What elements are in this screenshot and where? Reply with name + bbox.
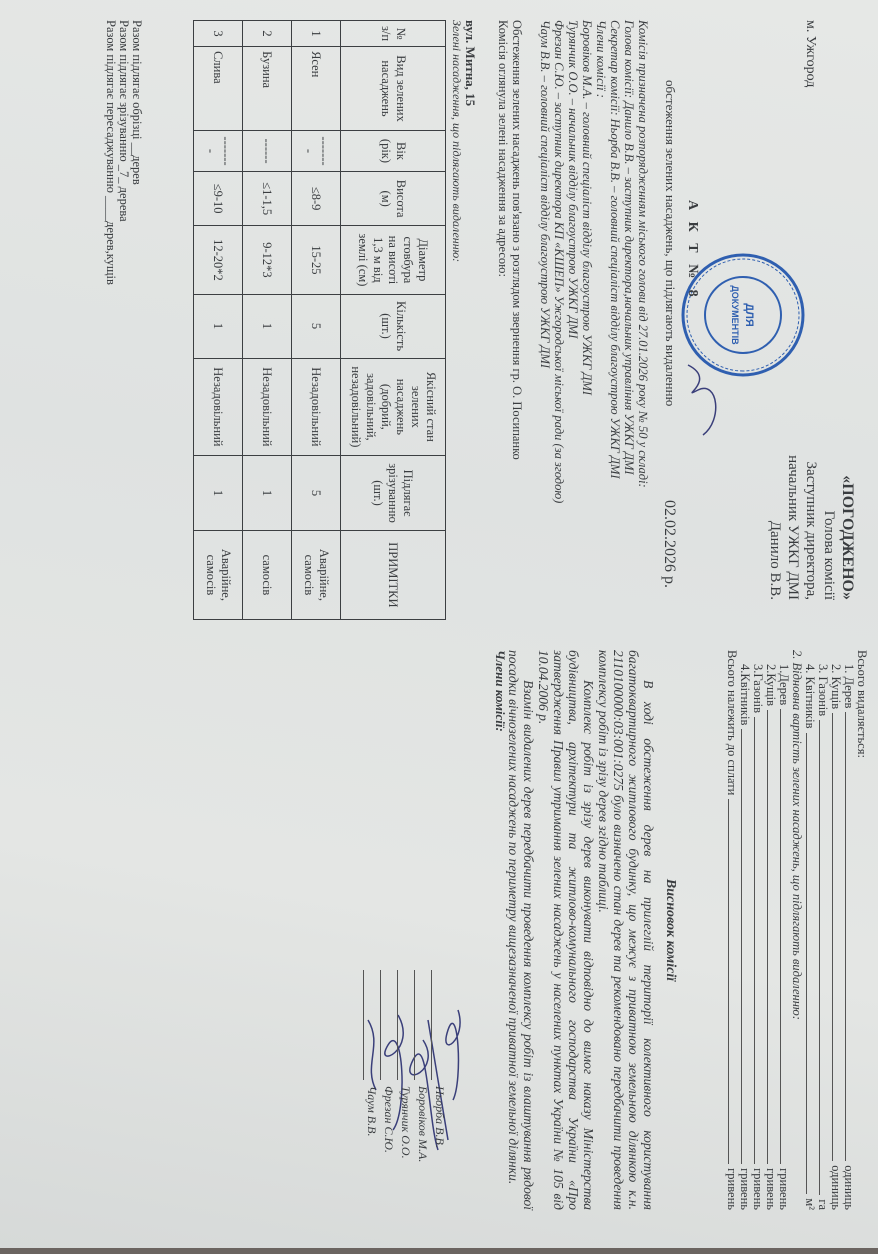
- value-label: 2. Відновна вартість зелених насаджень, …: [790, 650, 803, 1210]
- total-cutting: Разом підлягає зрізуванню _7_ дерева: [117, 20, 130, 285]
- table-header-row: № з/пВид зелених насадженьВік (рік)Висот…: [341, 21, 446, 620]
- table-cell: 3: [194, 21, 243, 47]
- total-label: Всього належить до сплати: [725, 650, 738, 795]
- commission-chair: Голова комісії: Данило В.В. – заступник …: [622, 20, 636, 620]
- act-title: А К Т № 8: [684, 200, 700, 301]
- table-row: 3Слива--------≤9-1012-20*21Незадовільний…: [194, 21, 243, 620]
- commission-composition: Комісія призначена розпорядженням місько…: [496, 20, 650, 620]
- table-cell: 9-12*3: [243, 226, 292, 294]
- table-header-cell: Підлягає зрізуванню (шт.): [341, 456, 446, 531]
- summary-row: 3. Газонівга: [816, 650, 829, 1210]
- city: м. Ужгород: [802, 20, 818, 87]
- removed-label: Всього видаляється:: [855, 650, 868, 1210]
- table-cell: 1: [194, 294, 243, 358]
- table-cell: 12-20*2: [194, 226, 243, 294]
- commission-member: Боровіков М.А. – головний спеціаліст від…: [580, 20, 594, 620]
- inspection-address-intro: Комісія оглянула зелені насадження за ад…: [496, 20, 510, 620]
- table-cell: --------: [194, 130, 243, 171]
- signature-row: Фрезан С.Ю.: [380, 970, 397, 1210]
- table-cell: Слива: [194, 47, 243, 131]
- summary-row: 4. Квітниківм²: [803, 650, 816, 1210]
- table-cell: Незадовільний: [292, 358, 341, 456]
- address-subtitle: Зелені насадження, що підлягають видален…: [449, 20, 464, 262]
- signature-list: Ньорба В.В.Боровіков М.А.Турянчик О.О.Фр…: [363, 970, 448, 1210]
- removal-summary: Всього видаляється: 1. Дереводиниць2. Ку…: [725, 650, 868, 1210]
- table-cell: Аварійне, самосів: [194, 530, 243, 619]
- summary-row: 3.Газонівгривень: [751, 650, 764, 1210]
- table-cell: 1: [243, 456, 292, 531]
- commission-member: Турянчик О.О. – начальник відділу благоу…: [566, 20, 580, 620]
- table-cell: ≤1-1,5: [243, 172, 292, 226]
- trees-table: № з/пВид зелених насадженьВік (рік)Висот…: [193, 20, 446, 620]
- page-edge-shadow: [0, 1248, 878, 1254]
- address: вул. Митна, 15: [462, 20, 478, 106]
- table-row: 2Бузина------≤1-1,59-12*31Незадовільний1…: [243, 21, 292, 620]
- table-body: 1Ясен--------≤8-915-255Незадовільний5Ава…: [194, 21, 341, 620]
- conclusion-text: В ході обстеження дерев на прилеглій тер…: [506, 650, 656, 1210]
- table-cell: --------: [292, 130, 341, 171]
- table-header-cell: ПРИМІТКИ: [341, 530, 446, 619]
- summary-row: 4.Квітниківгривень: [738, 650, 751, 1210]
- table-header-cell: Вік (рік): [341, 130, 446, 171]
- table-cell: 5: [292, 456, 341, 531]
- table-cell: 1: [194, 456, 243, 531]
- summary-row: 2. Кущіводиниць: [829, 650, 842, 1210]
- act-date: 02.02.2026 р.: [660, 500, 678, 588]
- value-list: 1.Деревгривень2.Кущівгривень3.Газонівгри…: [738, 650, 790, 1210]
- total-replanting: Разом підлягає пересаджуванню ____дерев,…: [104, 20, 117, 285]
- commission-member: Чаум В.В. – головний спеціаліст відділу …: [538, 20, 552, 620]
- document-sheet: «ПОГОДЖЕНО» Голова комісії Заступник дир…: [0, 0, 878, 1254]
- conclusion-paragraph: Комплекс робіт із зрізу дерев виконувати…: [536, 650, 596, 1210]
- table-header-cell: Якісний стан зелених насаджень (добрий, …: [341, 358, 446, 456]
- approval-line: Заступник директора,: [802, 380, 820, 600]
- table-header-cell: № з/п: [341, 21, 446, 47]
- table-cell: самосів: [243, 530, 292, 619]
- signature-row: Ньорба В.В.: [431, 970, 448, 1210]
- conclusion-paragraph: Взамін видалених дерев передбачити прове…: [506, 650, 536, 1210]
- table-cell: Незадовільний: [243, 358, 292, 456]
- commission-member: Фрезан С.Ю. – заступник директора КП «КШ…: [552, 20, 566, 620]
- table-cell: Незадовільний: [194, 358, 243, 456]
- approval-line: Данило В.В.: [766, 380, 784, 600]
- table-cell: ------: [243, 130, 292, 171]
- approval-block: «ПОГОДЖЕНО» Голова комісії Заступник дир…: [766, 380, 856, 600]
- summary-row: 2.Кущівгривень: [764, 650, 777, 1210]
- approval-heading: «ПОГОДЖЕНО»: [838, 380, 856, 600]
- total-unit: гривень: [725, 1168, 738, 1210]
- table-header-cell: Висота (м): [341, 172, 446, 226]
- table-cell: 1: [243, 294, 292, 358]
- table-cell: 2: [243, 21, 292, 47]
- svg-text:ДЛЯ: ДЛЯ: [743, 303, 755, 327]
- removed-list: 1. Дереводиниць2. Кущіводиниць3. Газонів…: [803, 650, 855, 1210]
- signature-row: Боровіков М.А.: [414, 970, 431, 1210]
- table-header-cell: Кількість (шт.): [341, 294, 446, 358]
- commission-intro: Комісія призначена розпорядженням місько…: [636, 20, 650, 620]
- svg-text:ДОКУМЕНТІВ: ДОКУМЕНТІВ: [730, 285, 740, 345]
- total-payable-row: Всього належить до сплати гривень: [725, 650, 738, 1210]
- table-row: 1Ясен--------≤8-915-255Незадовільний5Ава…: [292, 21, 341, 620]
- conclusion-paragraph: В ході обстеження дерев на прилеглій тер…: [596, 650, 656, 1210]
- approval-line: Голова комісії: [820, 380, 838, 600]
- signature-row: Турянчик О.О.: [397, 970, 414, 1210]
- commission-members-label: Члени комісії :: [594, 20, 608, 620]
- total-pruning: Разом підлягає обрізці __дерев: [130, 20, 143, 285]
- summary-row: 1.Деревгривень: [777, 650, 790, 1210]
- members-title: Члени комісії:: [492, 650, 508, 732]
- summary-row: 1. Дереводиниць: [842, 650, 855, 1210]
- table-cell: ≤8-9: [292, 172, 341, 226]
- table-cell: Бузина: [243, 47, 292, 131]
- table-cell: Аварійне, самосів: [292, 530, 341, 619]
- table-cell: 15-25: [292, 226, 341, 294]
- table-header-cell: Вид зелених насаджень: [341, 47, 446, 131]
- totals: Разом підлягає обрізці __дерев Разом під…: [104, 20, 143, 285]
- table-cell: Ясен: [292, 47, 341, 131]
- signature-row: Чаум В.В.: [363, 970, 380, 1210]
- table-cell: 1: [292, 21, 341, 47]
- inspection-reason: Обстеження зелених насаджень пов'язано з…: [510, 20, 524, 620]
- conclusion-title: Висновок комісії: [662, 650, 678, 1210]
- table-header-cell: Діаметр стовбура на висоті 1,3 м від зем…: [341, 226, 446, 294]
- table-cell: ≤9-10: [194, 172, 243, 226]
- act-subtitle: обстеження зелених насаджень, що підляга…: [662, 80, 678, 406]
- table-cell: 5: [292, 294, 341, 358]
- approval-line: начальник УЖКГ ДМІ: [784, 380, 802, 600]
- commission-secretary: Секретар комісії: Ньорба В.В. – головний…: [608, 20, 622, 620]
